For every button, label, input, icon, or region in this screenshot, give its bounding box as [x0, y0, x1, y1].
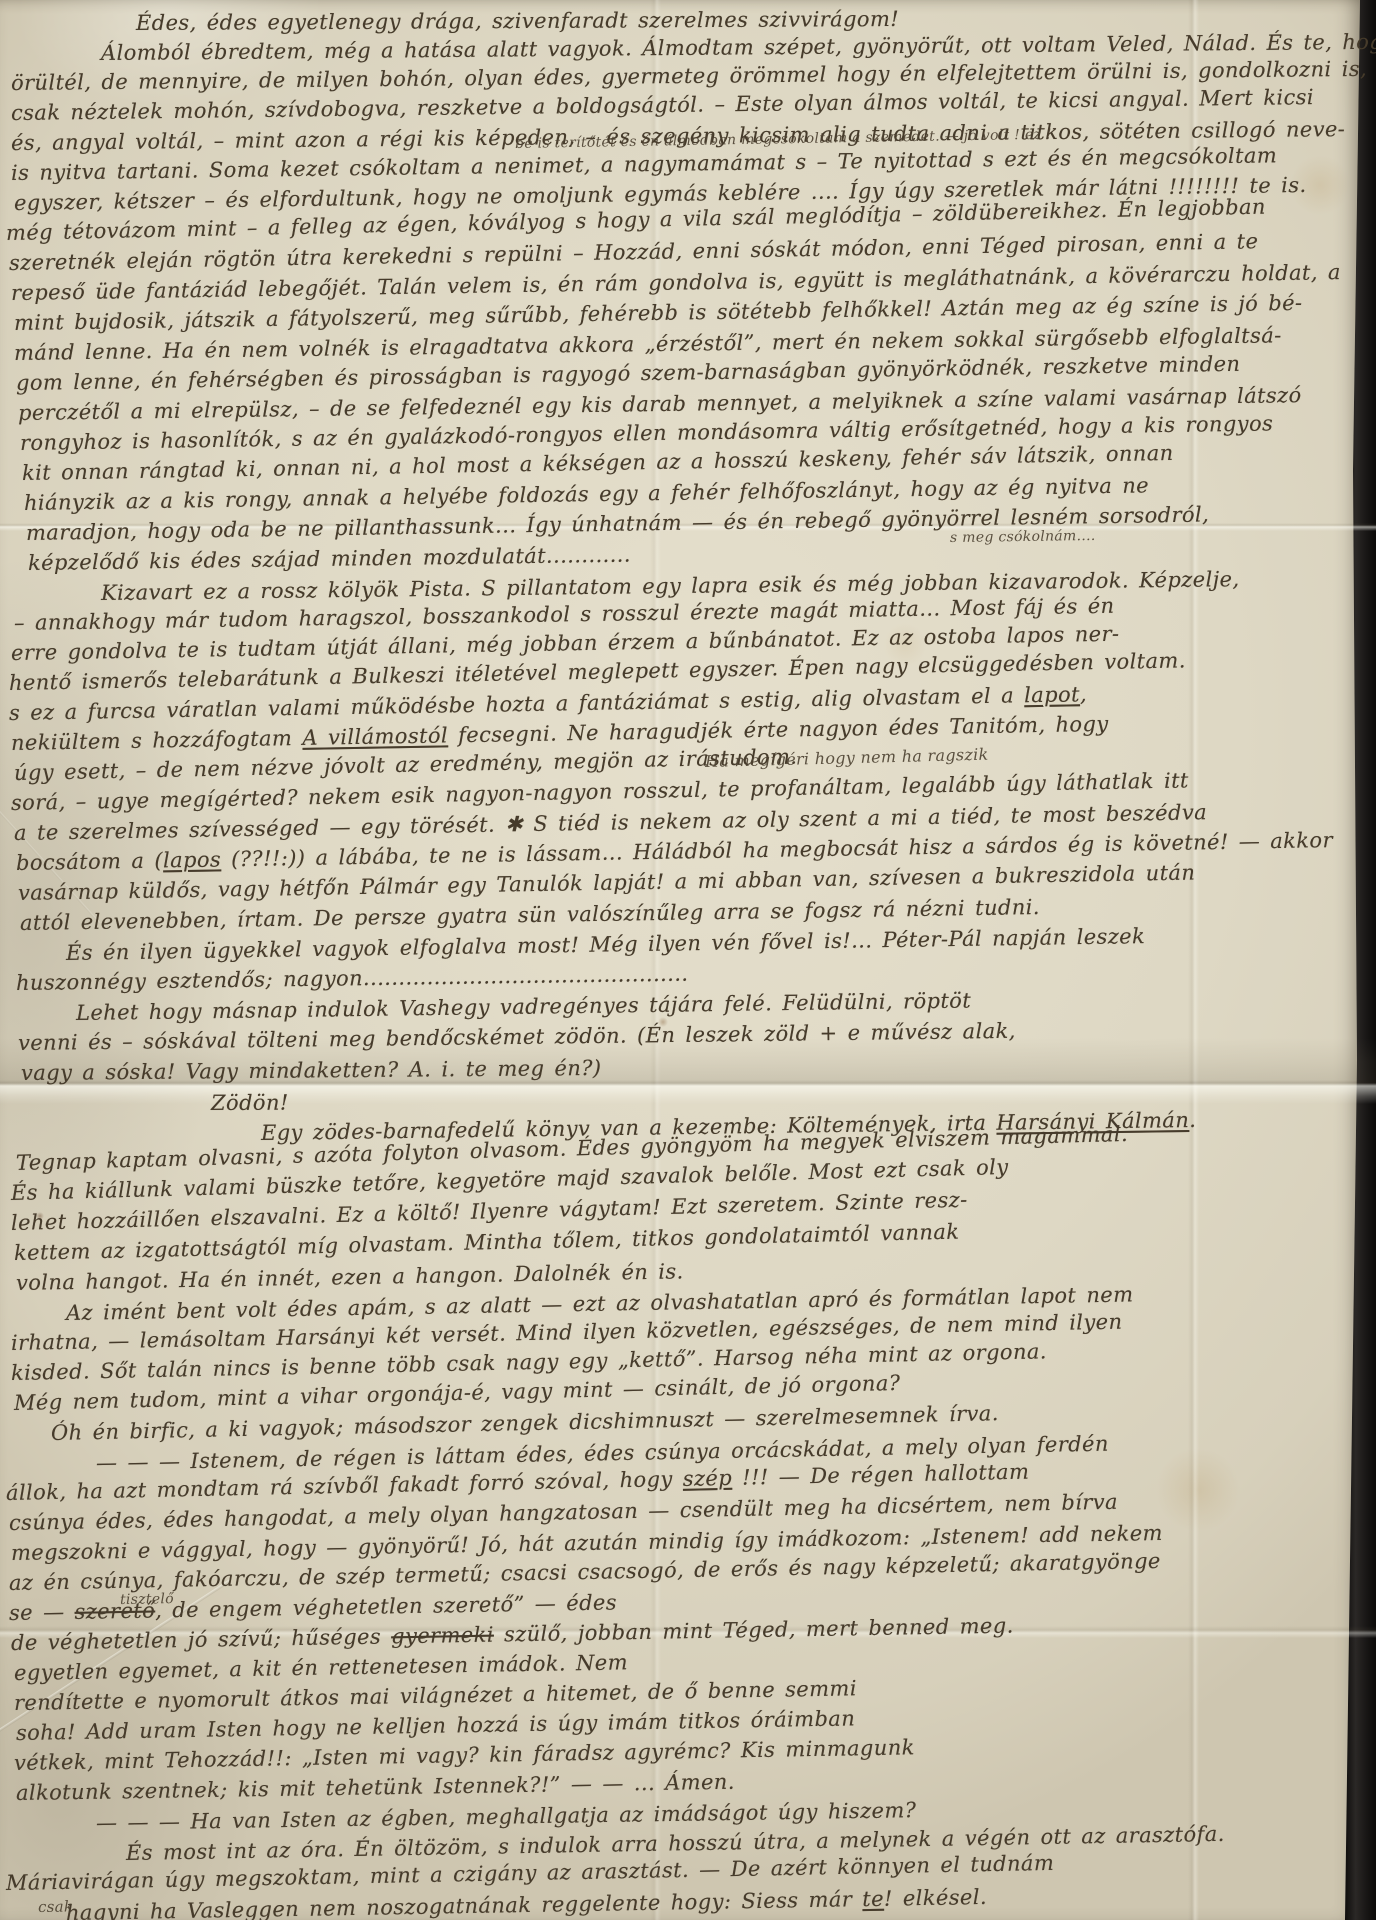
interlinear-note: tisztelő — [120, 1591, 174, 1608]
letter-body: Édes, édes egyetlenegy drága, szivenfara… — [6, 8, 1346, 1920]
interlinear-note: s meg csókolnám.... — [950, 528, 1096, 546]
interlinear-note: csak — [38, 1897, 74, 1916]
